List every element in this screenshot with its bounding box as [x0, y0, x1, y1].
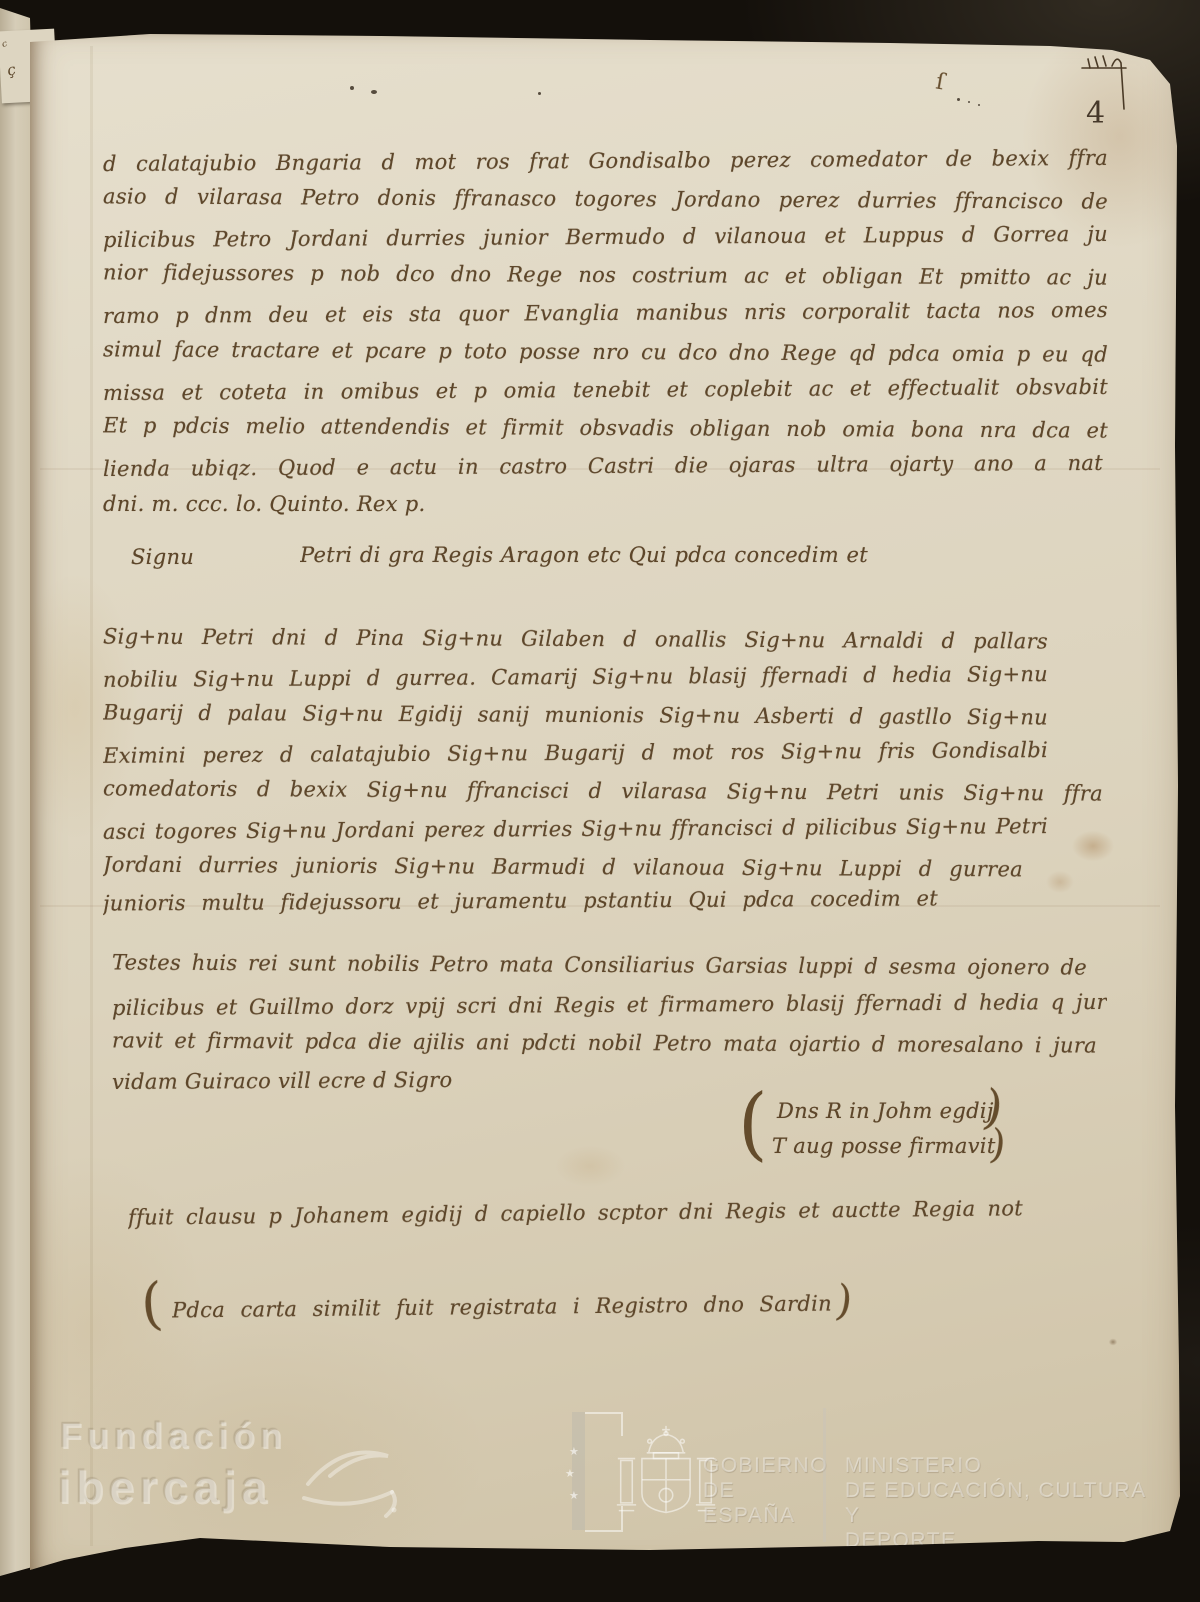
- manuscript-line: pilicibus et Guillmo dorz vpij scri dni …: [112, 987, 1107, 1025]
- manuscript-line: asio d vilarasa Petro donis ffranasco to…: [103, 181, 1108, 218]
- ink-speck: [978, 104, 980, 106]
- ibercaja-watermark-line1: Fundación: [60, 1415, 287, 1457]
- pencil-mark: 14: [575, 1560, 590, 1574]
- manuscript-line: dni. m. ccc. lo. Quinto. Rex p.: [103, 489, 426, 519]
- manuscript-line: Eximini perez d calatajubio Sig+nu Bugar…: [103, 735, 1048, 773]
- manuscript-line: nobiliu Sig+nu Luppi d gurrea. Camarij S…: [103, 659, 1048, 697]
- manuscript-line: comedatoris d bexix Sig+nu ffrancisci d …: [103, 773, 1103, 810]
- ministry-watermark-line2: DE EDUCACIÓN, CULTURA: [845, 1478, 1147, 1503]
- ink-speck: [538, 92, 541, 95]
- tab-ink-mark: ç: [6, 62, 18, 79]
- manuscript-line: nior fidejussores p nob dco dno Rege nos…: [103, 257, 1108, 294]
- margin-note-line: Dns R in Johm egdij: [777, 1096, 994, 1126]
- star-icon: ★: [565, 1469, 575, 1480]
- manuscript-line: lienda ubiqz. Quod e actu in castro Cast…: [103, 448, 1103, 486]
- ministry-watermark-line3: Y DEPORTE: [845, 1503, 957, 1553]
- manuscript-line: Sig+nu Petri dni d Pina Sig+nu Gilaben d…: [103, 622, 1048, 659]
- bracket-open-flourish: (: [139, 1271, 165, 1337]
- manuscript-line: asci togores Sig+nu Jordani perez durrie…: [103, 811, 1048, 849]
- bracket-open-flourish: (: [738, 1076, 768, 1169]
- manuscript-line: Testes huis rei sunt nobilis Petro mata …: [112, 947, 1087, 984]
- fold-crease: [90, 46, 93, 1546]
- manuscript-line: Jordani durries junioris Sig+nu Barmudi …: [103, 850, 1023, 887]
- manuscript-line: d calatajubio Bngaria d mot ros frat Gon…: [103, 143, 1108, 181]
- manuscript-line: Et p pdcis melio attendendis et firmit o…: [103, 410, 1108, 447]
- ink-speck: [350, 86, 354, 90]
- signum-text: Petri di gra Regis Aragon etc Qui pdca c…: [300, 540, 868, 572]
- gov-watermark-line2: DE ESPAÑA: [703, 1478, 796, 1528]
- signum-label: Signu: [131, 542, 194, 572]
- margin-note-line: T aug posse firmavit: [772, 1131, 996, 1161]
- ministry-watermark-line1: MINISTERIO: [845, 1453, 983, 1478]
- ibercaja-logo-icon: [298, 1436, 408, 1536]
- ink-speck: [957, 98, 960, 101]
- manuscript-line: ramo p dnm deu et eis sta quor Evanglia …: [103, 295, 1108, 333]
- manuscript-line: pilicibus Petro Jordani durries junior B…: [103, 219, 1108, 257]
- tab-ink-mark: ᶜ: [0, 39, 10, 55]
- gov-watermark-line1: GOBIERNO: [703, 1453, 828, 1478]
- ink-speck: [968, 101, 970, 103]
- ink-speck: [371, 90, 377, 94]
- manuscript-line: Bugarij d palau Sig+nu Egidij sanij muni…: [103, 698, 1048, 735]
- manuscript-line: ravit et firmavit pdca die ajilis ani pd…: [112, 1025, 1097, 1062]
- manuscript-line: vidam Guiraco vill ecre d Sigro: [112, 1065, 453, 1097]
- manuscript-line: simul face tractare et pcare p toto poss…: [103, 334, 1108, 371]
- manuscript-line: missa et coteta in omibus et p omia tene…: [103, 372, 1108, 410]
- page-number: 4: [1086, 96, 1105, 131]
- ibercaja-watermark-line2: ibercaja: [58, 1460, 272, 1514]
- gov-watermark-divider: [823, 1408, 826, 1542]
- manuscript-line: junioris multu fidejussoru et juramentu …: [103, 883, 938, 920]
- star-icon: ★: [569, 1491, 579, 1502]
- star-icon: ★: [569, 1447, 579, 1458]
